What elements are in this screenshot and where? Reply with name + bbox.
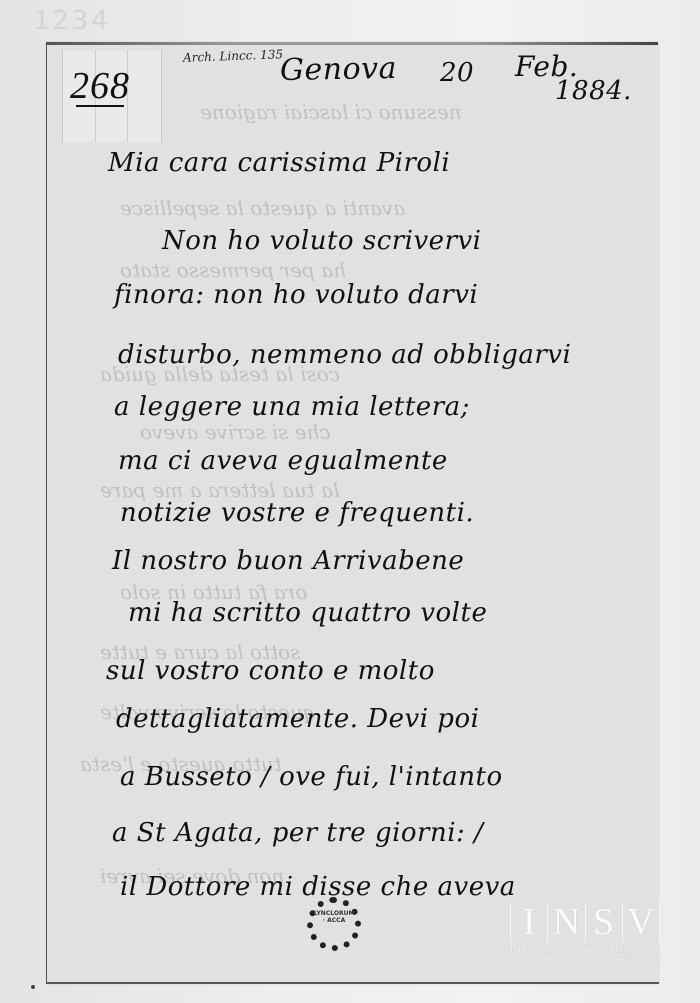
letter-salutation: Mia cara carissima Piroli (108, 148, 450, 178)
letter-line: Non ho voluto scrivervi (162, 226, 482, 256)
bleed-through-text: che si scrive avevo (140, 420, 331, 444)
watermark-subtitle: Fondazione (510, 954, 660, 964)
letter-line: disturbo, nemmeno ad obbligarvi (118, 340, 571, 370)
bleed-through-text: nessuno ci lasciai ragione (200, 100, 462, 124)
watermark-letter: S (586, 902, 623, 942)
bleed-through-text: avanti a questo la sepellisce (120, 196, 405, 220)
insv-watermark: I N S V Istituto Nazionale di Studi Verd… (510, 902, 660, 964)
letter-place: Genova (280, 51, 398, 88)
letter-line: sul vostro conto e molto (106, 656, 435, 686)
watermark-letter: I (511, 902, 548, 942)
letter-line: finora: non ho voluto darvi (114, 280, 478, 310)
library-stamp-text: LYNCLORUM · ACCA (312, 910, 356, 924)
letter-line: a Busseto / ove fui, l'intanto (120, 762, 503, 792)
letter-line: il Dottore mi disse che aveva (120, 872, 516, 902)
letter-day: 20 (440, 58, 474, 88)
archive-number-underline (76, 105, 124, 107)
ghost-page-number: 1234 (32, 6, 110, 36)
letter-line: dettagliatamente. Devi poi (116, 704, 479, 734)
letter-line: mi ha scritto quattro volte (128, 598, 487, 628)
speck (31, 985, 35, 989)
letter-line: ma ci aveva egualmente (118, 446, 448, 476)
letter-line: Il nostro buon Arrivabene (112, 546, 464, 576)
letter-line: notizie vostre e frequenti. (120, 498, 474, 528)
watermark-institution: Istituto Nazionale di Studi Verdiani (510, 944, 660, 954)
library-stamp-icon (307, 897, 361, 951)
bleed-through-text: ha per permesso stato (120, 258, 346, 282)
archive-number: 268 (70, 64, 130, 108)
watermark-letter: V (623, 902, 660, 942)
letter-line: a St Agata, per tre giorni: / (112, 818, 483, 848)
sheet-top-edge (46, 42, 658, 45)
watermark-letter: N (548, 902, 585, 942)
letter-line: a leggere una mia lettera; (114, 392, 470, 422)
letter-year: 1884. (555, 76, 632, 106)
watermark-logo: I N S V (510, 902, 660, 942)
